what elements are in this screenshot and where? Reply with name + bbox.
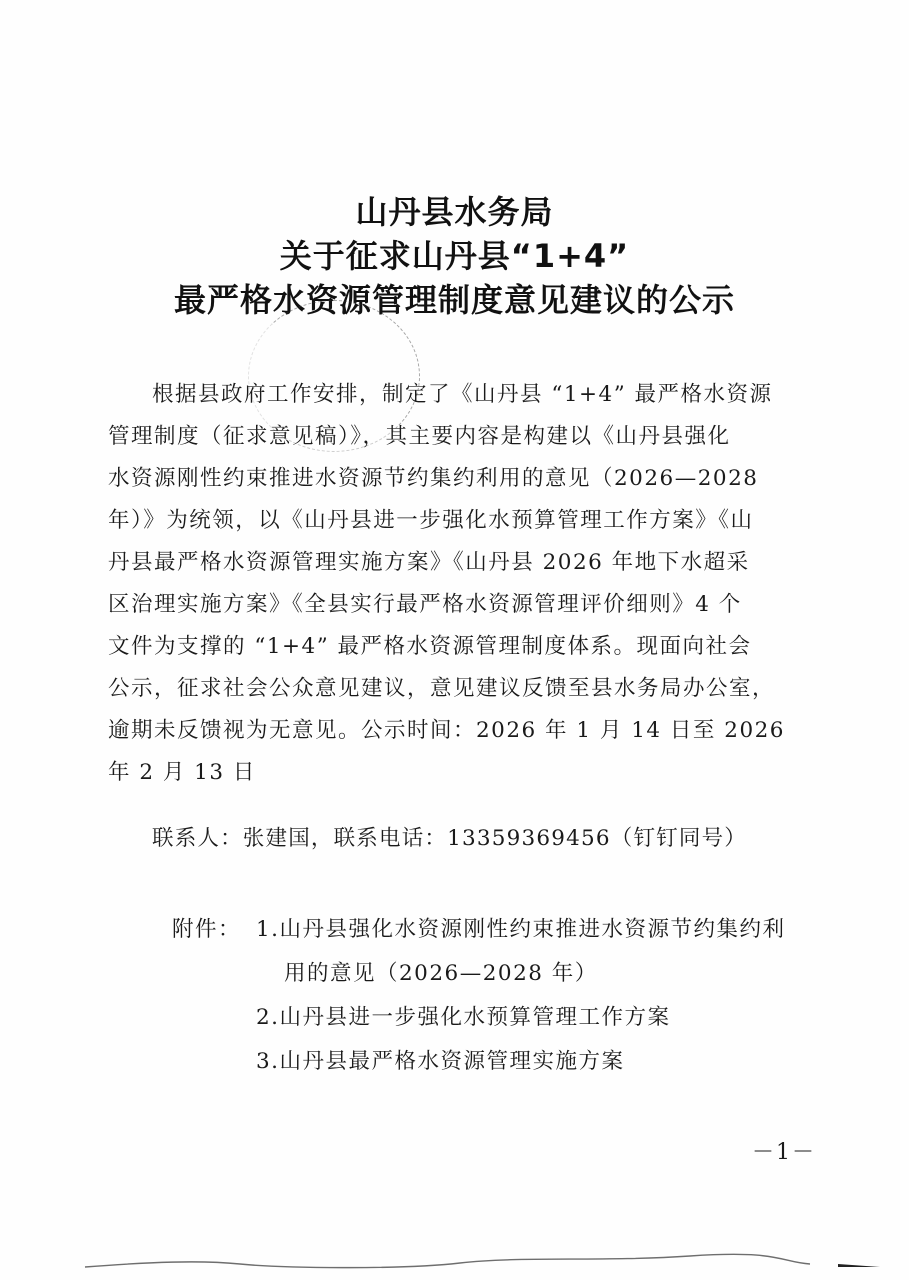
attachment-title: 山丹县进一步强化水预算管理工作方案 [280,996,671,1040]
scan-edge-line [0,1240,909,1270]
body-paragraph: 根据县政府工作安排，制定了《山丹县 “1+4” 最严格水资源 管理制度（征求意见… [108,374,804,794]
attachment-number: 1. [256,908,280,952]
contact-info: 联系人：张建国，联系电话：13359369456（钉钉同号） [108,818,804,860]
attachment-item-2: 2. 山丹县进一步强化水预算管理工作方案 [172,996,812,1040]
title-issuer: 山丹县水务局 [0,190,909,234]
attachment-title: 山丹县强化水资源刚性约束推进水资源节约集约利 [280,908,786,952]
attachment-number: 2. [256,996,280,1040]
title-subject-line-2: 最严格水资源管理制度意见建议的公示 [0,278,909,322]
body-line: 管理制度（征求意见稿）》，其主要内容是构建以《山丹县强化 [108,416,804,458]
attachment-item-1: 附件： 1. 山丹县强化水资源刚性约束推进水资源节约集约利 [172,908,812,952]
body-line: 区治理实施方案》《全县实行最严格水资源管理评价细则》4 个 [108,584,804,626]
title-subject-line-1: 关于征求山丹县“1+4” [0,234,909,278]
contact-text: 联系人：张建国，联系电话：13359369456（钉钉同号） [152,826,747,851]
body-line: 根据县政府工作安排，制定了《山丹县 “1+4” 最严格水资源 [108,374,804,416]
body-line: 公示，征求社会公众意见建议，意见建议反馈至县水务局办公室， [108,668,804,710]
attachment-number: 3. [256,1040,280,1084]
body-line: 丹县最严格水资源管理实施方案》《山丹县 2026 年地下水超采 [108,542,804,584]
attachment-item-3: 3. 山丹县最严格水资源管理实施方案 [172,1040,812,1084]
body-line: 逾期未反馈视为无意见。公示时间：2026 年 1 月 14 日至 2026 [108,710,804,752]
body-line: 年 2 月 13 日 [108,752,804,794]
attachment-title: 山丹县最严格水资源管理实施方案 [280,1040,625,1084]
attachments-label: 附件： [172,908,256,952]
body-line: 水资源刚性约束推进水资源节约集约利用的意见（2026—2028 [108,458,804,500]
attachments-list: 附件： 1. 山丹县强化水资源刚性约束推进水资源节约集约利 用的意见（2026—… [172,908,812,1084]
document-page: 山丹县水务局 关于征求山丹县“1+4” 最严格水资源管理制度意见建议的公示 根据… [0,0,909,1280]
document-title: 山丹县水务局 关于征求山丹县“1+4” 最严格水资源管理制度意见建议的公示 [0,190,909,322]
attachment-title-continued: 用的意见（2026—2028 年） [284,952,598,996]
page-number: －1－ [752,1135,816,1166]
body-line: 文件为支撑的 “1+4” 最严格水资源管理制度体系。现面向社会 [108,626,804,668]
attachment-item-1-continued: 用的意见（2026—2028 年） [172,952,812,996]
body-line: 年）》为统领，以《山丹县进一步强化水预算管理工作方案》《山 [108,500,804,542]
